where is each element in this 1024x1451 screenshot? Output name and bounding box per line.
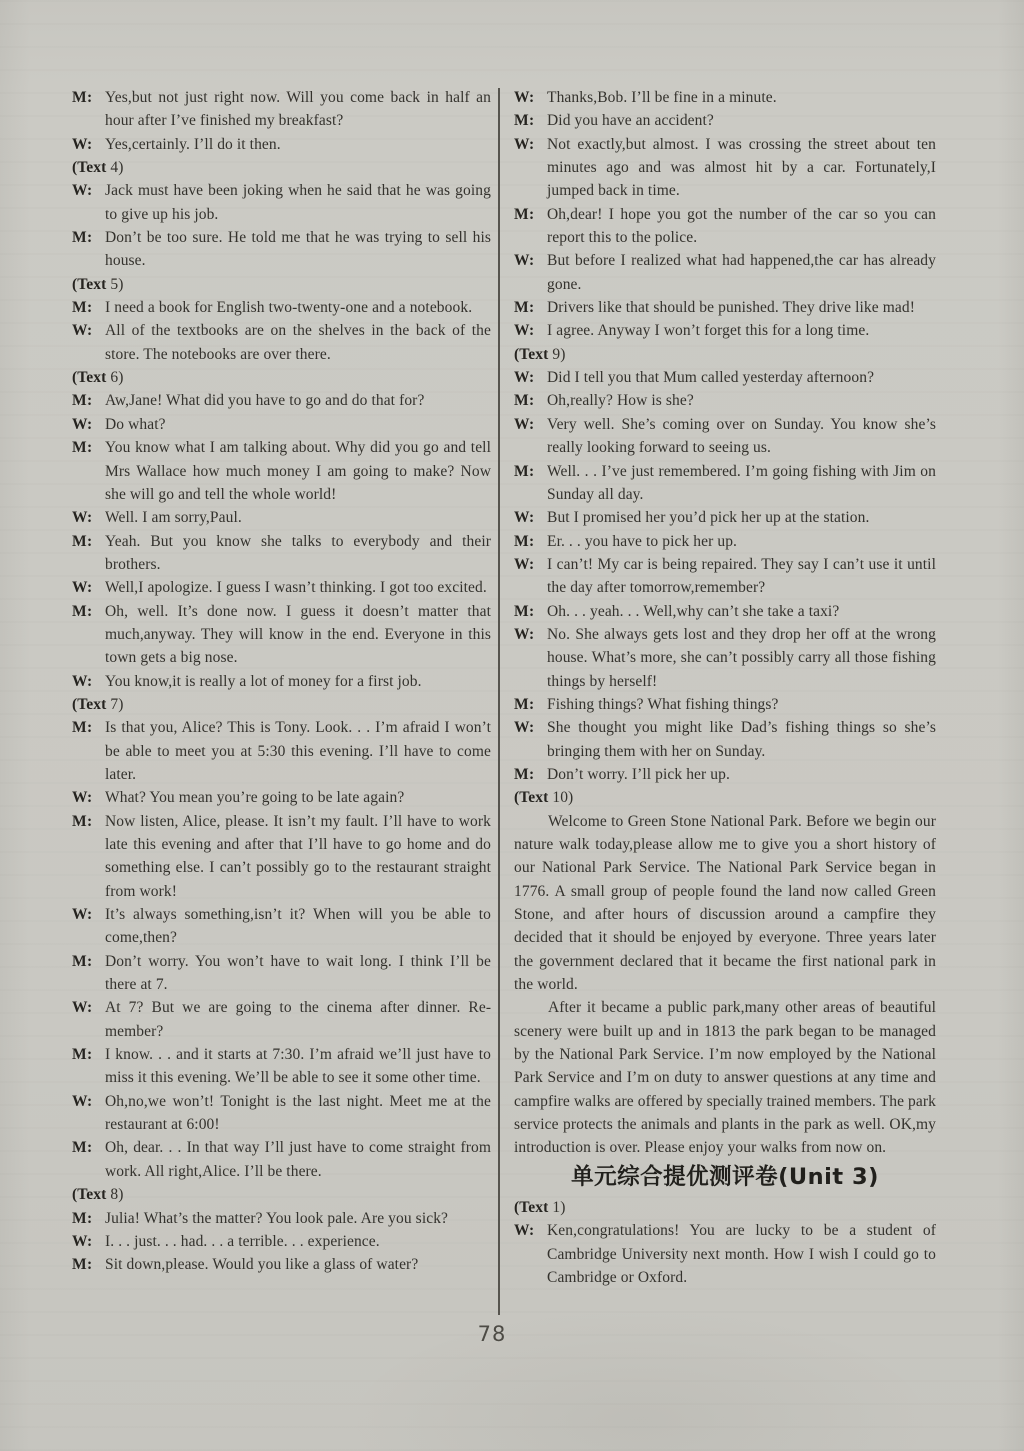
speaker-label: W: [72,1230,105,1253]
text-marker-word: (Text [72,1186,106,1203]
dialogue-line: M:Julia! What’s the matter? You look pal… [72,1207,491,1230]
dialogue-text: Oh,dear! I hope you got the number of th… [547,206,936,246]
text-marker: (Text 9) [514,343,936,366]
right-column: W:Thanks,Bob. I’ll be fine in a minute.M… [514,86,936,1289]
text-marker-word: (Text [72,159,106,176]
dialogue-text: Oh, well. It’s done now. I guess it does… [105,603,491,667]
dialogue-line: M:I know. . . and it starts at 7:30. I’m… [72,1043,491,1090]
dialogue-line: W:It’s always something,isn’t it? When w… [72,903,491,950]
speaker-label: W: [72,133,105,156]
dialogue-line: M:Now listen, Alice, please. It isn’t my… [72,810,491,903]
dialogue-line: M:I need a book for English two-twenty-o… [72,296,491,319]
dialogue-text: Yes,certainly. I’ll do it then. [105,136,281,153]
text-marker-word: (Text [72,276,106,293]
dialogue-line: M:Don’t be too sure. He told me that he … [72,226,491,273]
speaker-label: M: [514,693,547,716]
dialogue-line: M:Drivers like that should be punished. … [514,296,936,319]
text-marker-word: (Text [514,346,548,363]
dialogue-line: M:Er. . . you have to pick her up. [514,530,936,553]
text-marker-word: (Text [72,369,106,386]
speaker-label: W: [72,576,105,599]
dialogue-line: W:Jack must have been joking when he sai… [72,179,491,226]
dialogue-text: Did I tell you that Mum called yesterday… [547,369,874,386]
dialogue-line: M:Don’t worry. You won’t have to wait lo… [72,950,491,997]
dialogue-text: But before I realized what had happened,… [547,252,936,292]
dialogue-line: M:Oh,dear! I hope you got the number of … [514,203,936,250]
dialogue-text: Don’t worry. I’ll pick her up. [547,766,730,783]
speaker-label: M: [72,810,105,833]
dialogue-text: Well,I apologize. I guess I wasn’t think… [105,579,487,596]
dialogue-text: I know. . . and it starts at 7:30. I’m a… [105,1046,491,1086]
text-marker-word: (Text [514,1199,548,1216]
dialogue-line: W:I can’t! My car is being repaired. The… [514,553,936,600]
dialogue-text: Oh. . . yeah. . . Well,why can’t she tak… [547,603,839,620]
monologue-paragraph: After it became a public park,many other… [514,996,936,1159]
speaker-label: W: [514,716,547,739]
dialogue-line: W:But I promised her you’d pick her up a… [514,506,936,529]
dialogue-line: W:Oh,no,we won’t! Tonight is the last ni… [72,1090,491,1137]
dialogue-line: W:But before I realized what had happene… [514,249,936,296]
page-number: 78 [459,1322,525,1346]
dialogue-line: M:You know what I am talking about. Why … [72,436,491,506]
speaker-label: M: [72,1136,105,1159]
dialogue-text: Don’t be too sure. He told me that he wa… [105,229,491,269]
dialogue-text: Thanks,Bob. I’ll be fine in a minute. [547,89,777,106]
dialogue-text: Don’t worry. You won’t have to wait long… [105,953,491,993]
speaker-label: W: [514,319,547,342]
speaker-label: W: [514,553,547,576]
speaker-label: M: [72,389,105,412]
dialogue-text: No. She always gets lost and they drop h… [547,626,936,690]
dialogue-line: W:At 7? But we are going to the cinema a… [72,996,491,1043]
dialogue-text: You know what I am talking about. Why di… [105,439,491,503]
dialogue-line: W:All of the textbooks are on the shelve… [72,319,491,366]
speaker-label: M: [72,296,105,319]
speaker-label: W: [72,179,105,202]
dialogue-line: W:She thought you might like Dad’s fishi… [514,716,936,763]
column-divider [498,88,500,1315]
dialogue-line: W:Not exactly,but almost. I was crossing… [514,133,936,203]
dialogue-line: W:No. She always gets lost and they drop… [514,623,936,693]
text-marker-word: (Text [514,789,548,806]
speaker-label: W: [514,366,547,389]
text-marker-number: 10) [548,789,573,806]
dialogue-line: W:Well. I am sorry,Paul. [72,506,491,529]
dialogue-line: M:Fishing things? What fishing things? [514,693,936,716]
dialogue-text: Julia! What’s the matter? You look pale.… [105,1210,448,1227]
dialogue-text: Oh,no,we won’t! Tonight is the last nigh… [105,1093,491,1133]
speaker-label: W: [514,133,547,156]
text-marker: (Text 4) [72,156,491,179]
dialogue-line: W:I. . . just. . . had. . . a terrible. … [72,1230,491,1253]
dialogue-text: I. . . just. . . had. . . a terrible. . … [105,1233,380,1250]
text-marker-word: (Text [72,696,106,713]
dialogue-text: Well. . . I’ve just remembered. I’m goin… [547,463,936,503]
speaker-label: M: [72,530,105,553]
speaker-label: M: [514,389,547,412]
text-marker-number: 9) [548,346,565,363]
dialogue-text: Aw,Jane! What did you have to go and do … [105,392,424,409]
speaker-label: M: [72,1253,105,1276]
dialogue-text: Is that you, Alice? This is Tony. Look. … [105,719,491,783]
dialogue-text: Ken,congratulations! You are lucky to be… [547,1222,936,1286]
dialogue-text: She thought you might like Dad’s fishing… [547,719,936,759]
text-marker: (Text 5) [72,273,491,296]
dialogue-line: W:You know,it is really a lot of money f… [72,670,491,693]
dialogue-line: W:Ken,congratulations! You are lucky to … [514,1219,936,1289]
dialogue-text: Oh,really? How is she? [547,392,694,409]
speaker-label: M: [72,86,105,109]
dialogue-text: Sit down,please. Would you like a glass … [105,1256,418,1273]
dialogue-text: Jack must have been joking when he said … [105,182,491,222]
speaker-label: W: [72,996,105,1019]
dialogue-line: M:Yeah. But you know she talks to everyb… [72,530,491,577]
dialogue-line: W:What? You mean you’re going to be late… [72,786,491,809]
speaker-label: W: [514,249,547,272]
dialogue-text: All of the textbooks are on the shelves … [105,322,491,362]
dialogue-line: W:Do what? [72,413,491,436]
dialogue-text: At 7? But we are going to the cinema aft… [105,999,491,1039]
dialogue-line: W:Well,I apologize. I guess I wasn’t thi… [72,576,491,599]
dialogue-line: M:Aw,Jane! What did you have to go and d… [72,389,491,412]
dialogue-line: W:Thanks,Bob. I’ll be fine in a minute. [514,86,936,109]
dialogue-line: M:Well. . . I’ve just remembered. I’m go… [514,460,936,507]
speaker-label: M: [72,1043,105,1066]
dialogue-text: Fishing things? What fishing things? [547,696,779,713]
speaker-label: W: [514,413,547,436]
speaker-label: W: [72,319,105,342]
text-marker: (Text 8) [72,1183,491,1206]
dialogue-text: I need a book for English two-twenty-one… [105,299,472,316]
speaker-label: W: [514,506,547,529]
dialogue-text: Drivers like that should be punished. Th… [547,299,915,316]
dialogue-line: W:Yes,certainly. I’ll do it then. [72,133,491,156]
speaker-label: M: [514,296,547,319]
dialogue-line: M:Oh,really? How is she? [514,389,936,412]
text-marker-number: 6) [106,369,123,386]
dialogue-line: M:Oh, dear. . . In that way I’ll just ha… [72,1136,491,1183]
dialogue-text: I agree. Anyway I won’t forget this for … [547,322,869,339]
dialogue-text: But I promised her you’d pick her up at … [547,509,869,526]
dialogue-line: M:Yes,but not just right now. Will you c… [72,86,491,133]
dialogue-text: Now listen, Alice, please. It isn’t my f… [105,813,491,900]
speaker-label: M: [72,436,105,459]
speaker-label: W: [72,506,105,529]
speaker-label: M: [72,600,105,623]
scanned-textbook-page: { "page": { "number": "78" }, "columns":… [0,0,1024,1451]
speaker-label: M: [514,763,547,786]
speaker-label: M: [514,460,547,483]
dialogue-text: Very well. She’s coming over on Sunday. … [547,416,936,456]
dialogue-text: Did you have an accident? [547,112,714,129]
dialogue-line: M:Sit down,please. Would you like a glas… [72,1253,491,1276]
speaker-label: M: [514,530,547,553]
dialogue-line: M:Don’t worry. I’ll pick her up. [514,763,936,786]
speaker-label: W: [72,670,105,693]
dialogue-line: W:Did I tell you that Mum called yesterd… [514,366,936,389]
dialogue-text: It’s always something,isn’t it? When wil… [105,906,491,946]
text-marker: (Text 1) [514,1196,936,1219]
dialogue-line: M:Oh, well. It’s done now. I guess it do… [72,600,491,670]
text-marker: (Text 7) [72,693,491,716]
dialogue-text: Er. . . you have to pick her up. [547,533,737,550]
speaker-label: M: [72,716,105,739]
dialogue-text: What? You mean you’re going to be late a… [105,789,404,806]
dialogue-text: Yeah. But you know she talks to everybod… [105,533,491,573]
dialogue-text: Not exactly,but almost. I was crossing t… [547,136,936,200]
dialogue-line: M:Oh. . . yeah. . . Well,why can’t she t… [514,600,936,623]
dialogue-text: You know,it is really a lot of money for… [105,673,422,690]
speaker-label: W: [72,413,105,436]
dialogue-line: M:Is that you, Alice? This is Tony. Look… [72,716,491,786]
speaker-label: W: [514,623,547,646]
speaker-label: W: [72,1090,105,1113]
speaker-label: W: [72,786,105,809]
text-marker: (Text 6) [72,366,491,389]
text-marker-number: 4) [106,159,123,176]
text-marker-number: 5) [106,276,123,293]
speaker-label: M: [72,1207,105,1230]
text-marker-number: 7) [106,696,123,713]
text-marker-number: 1) [548,1199,565,1216]
speaker-label: W: [72,903,105,926]
speaker-label: M: [514,600,547,623]
dialogue-text: Oh, dear. . . In that way I’ll just have… [105,1139,491,1179]
unit-section-heading: 单元综合提优测评卷(Unit 3) [514,1161,936,1194]
speaker-label: W: [514,1219,547,1242]
speaker-label: M: [72,950,105,973]
speaker-label: M: [514,109,547,132]
dialogue-line: W:Very well. She’s coming over on Sunday… [514,413,936,460]
dialogue-line: M:Did you have an accident? [514,109,936,132]
speaker-label: M: [72,226,105,249]
dialogue-text: I can’t! My car is being repaired. They … [547,556,936,596]
speaker-label: W: [514,86,547,109]
text-marker-number: 8) [106,1186,123,1203]
dialogue-line: W:I agree. Anyway I won’t forget this fo… [514,319,936,342]
speaker-label: M: [514,203,547,226]
monologue-paragraph: Welcome to Green Stone National Park. Be… [514,810,936,997]
dialogue-text: Yes,but not just right now. Will you com… [105,89,491,129]
left-column: M:Yes,but not just right now. Will you c… [72,86,491,1277]
text-marker: (Text 10) [514,786,936,809]
dialogue-text: Do what? [105,416,166,433]
dialogue-text: Well. I am sorry,Paul. [105,509,242,526]
